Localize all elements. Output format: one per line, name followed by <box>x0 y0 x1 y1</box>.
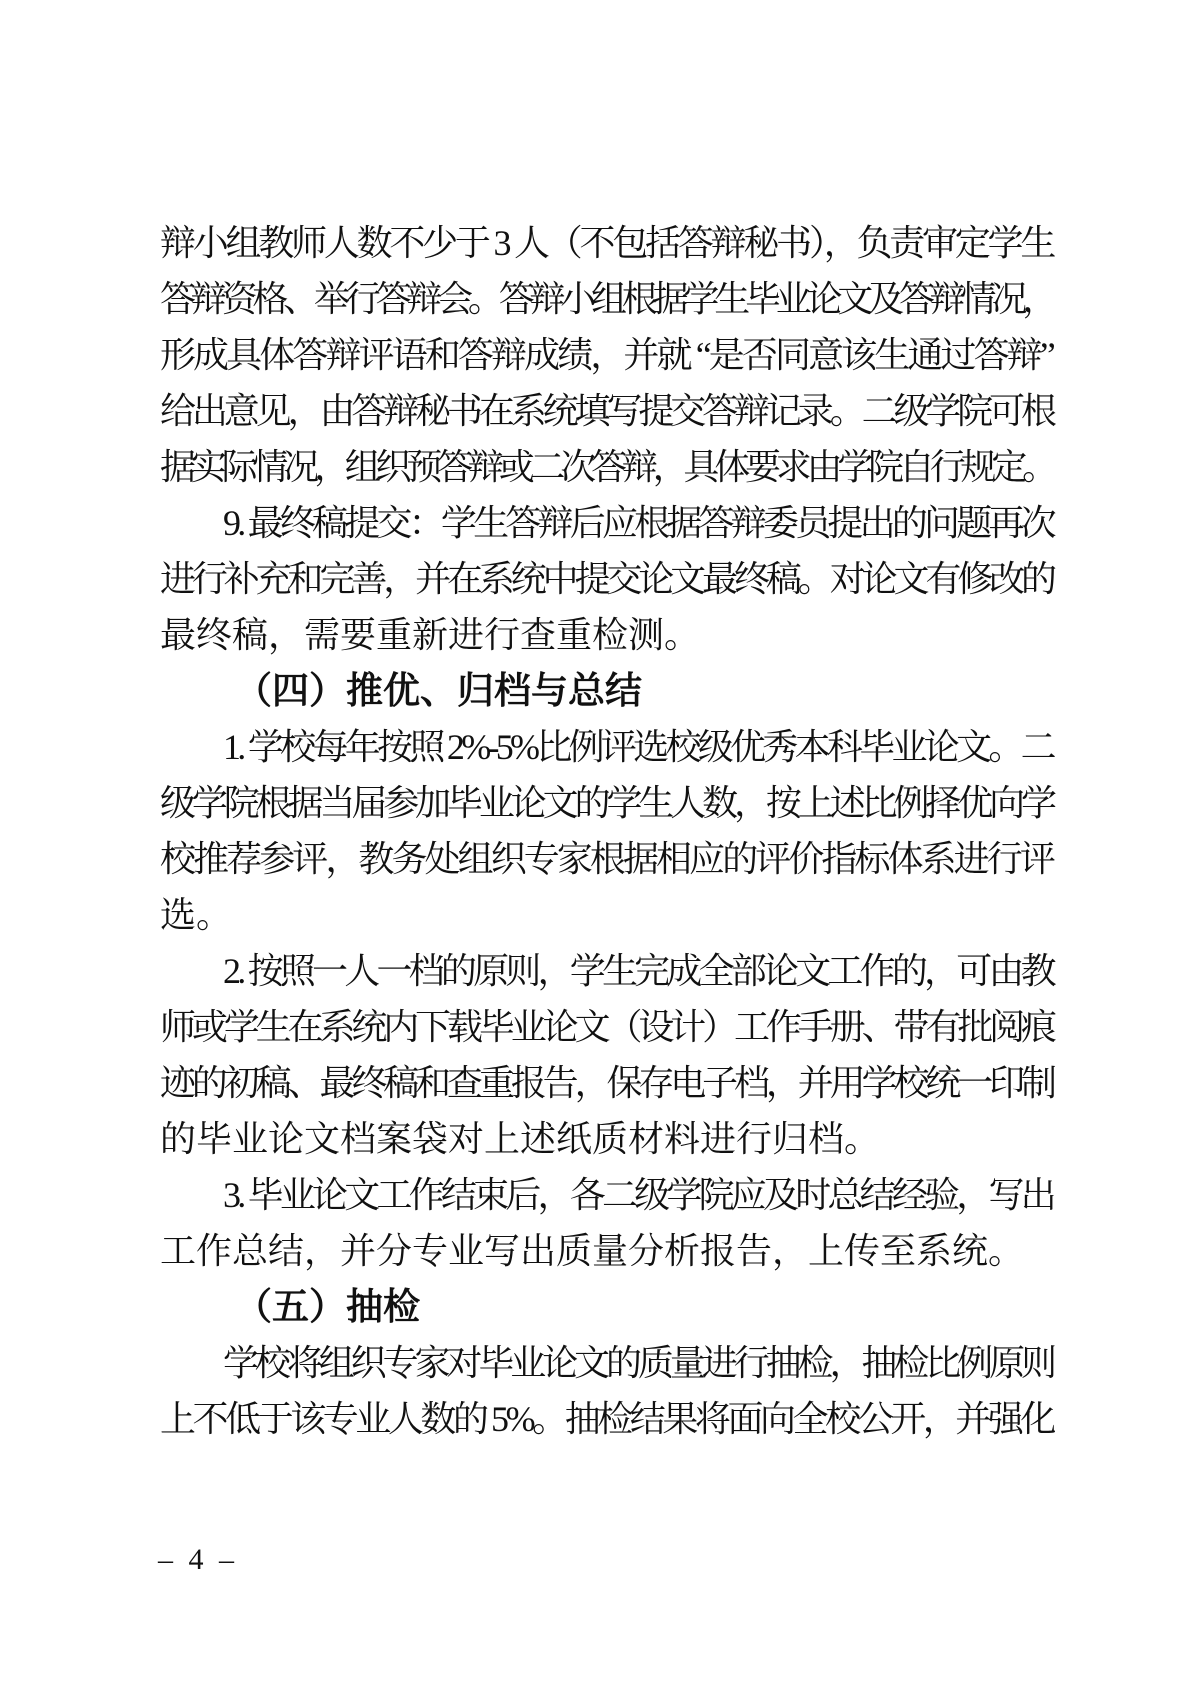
section-heading-4: （四）推优、归档与总结 <box>160 663 1053 719</box>
paragraph-line: 据实际情况，组织预答辩或二次答辩，具体要求由学院自行规定。 <box>160 439 1053 495</box>
heading-text: （五）抽检 <box>235 1286 420 1327</box>
document-page: 辩小组教师人数不少于 3 人（不包括答辩秘书），负责审定学生 答辩资格、举行答辩… <box>0 0 1191 1684</box>
line-text: 3. 毕业论文工作结束后，各二级学院应及时总结经验，写出 <box>223 1175 1053 1215</box>
line-text: 2. 按照一人一档的原则，学生完成全部论文工作的，可由教 <box>223 951 1053 991</box>
paragraph-line: 最终稿，需要重新进行查重检测。 <box>160 607 1053 663</box>
line-text: 的毕业论文档案袋对上述纸质材料进行归档。 <box>160 1119 880 1159</box>
section-heading-5: （五）抽检 <box>160 1279 1053 1335</box>
line-text: 选。 <box>160 895 232 935</box>
page-number-text: – 4 – <box>158 1543 238 1576</box>
line-text: 9. 最终稿提交：学生答辩后应根据答辩委员提出的问题再次 <box>223 503 1053 543</box>
paragraph-line: 答辩资格、举行答辩会。答辩小组根据学生毕业论文及答辩情况， <box>160 271 1053 327</box>
heading-text: （四）推优、归档与总结 <box>235 670 642 711</box>
paragraph-line: 给出意见，由答辩秘书在系统填写提交答辩记录。二级学院可根 <box>160 383 1053 439</box>
paragraph-line-item-2: 2. 按照一人一档的原则，学生完成全部论文工作的，可由教 <box>160 943 1053 999</box>
line-text: 学校将组织专家对毕业论文的质量进行抽检，抽检比例原则 <box>223 1343 1053 1383</box>
line-text: 最终稿，需要重新进行查重检测。 <box>160 615 700 655</box>
paragraph-line: 学校将组织专家对毕业论文的质量进行抽检，抽检比例原则 <box>160 1335 1053 1391</box>
line-text: 1. 学校每年按照 2%-5%比例评选校级优秀本科毕业论文。二 <box>223 727 1053 767</box>
page-number: – 4 – <box>158 1540 238 1580</box>
paragraph-line: 选。 <box>160 887 1053 943</box>
line-text: 工作总结，并分专业写出质量分析报告，上传至系统。 <box>160 1231 1024 1271</box>
paragraph-line-item-3: 3. 毕业论文工作结束后，各二级学院应及时总结经验，写出 <box>160 1167 1053 1223</box>
line-text: 校推荐参评，教务处组织专家根据相应的评价指标体系进行评 <box>160 839 1053 879</box>
paragraph-line: 形成具体答辩评语和答辩成绩，并就 “是否同意该生通过答辩” <box>160 327 1053 383</box>
paragraph-line-item-9: 9. 最终稿提交：学生答辩后应根据答辩委员提出的问题再次 <box>160 495 1053 551</box>
line-text: 师或学生在系统内下载毕业论文（设计）工作手册、带有批阅痕 <box>160 1007 1053 1047</box>
paragraph-line: 上不低于该专业人数的 5%。抽检结果将面向全校公开，并强化 <box>160 1391 1053 1447</box>
paragraph-line: 进行补充和完善，并在系统中提交论文最终稿。对论文有修改的 <box>160 551 1053 607</box>
paragraph-line-item-1: 1. 学校每年按照 2%-5%比例评选校级优秀本科毕业论文。二 <box>160 719 1053 775</box>
line-text: 据实际情况，组织预答辩或二次答辩，具体要求由学院自行规定。 <box>160 447 1053 487</box>
paragraph-line: 的毕业论文档案袋对上述纸质材料进行归档。 <box>160 1111 1053 1167</box>
paragraph-line: 校推荐参评，教务处组织专家根据相应的评价指标体系进行评 <box>160 831 1053 887</box>
line-text: 级学院根据当届参加毕业论文的学生人数，按上述比例择优向学 <box>160 783 1053 823</box>
line-text: 形成具体答辩评语和答辩成绩，并就 “是否同意该生通过答辩” <box>160 335 1053 375</box>
paragraph-line: 辩小组教师人数不少于 3 人（不包括答辩秘书），负责审定学生 <box>160 215 1053 271</box>
line-text: 进行补充和完善，并在系统中提交论文最终稿。对论文有修改的 <box>160 559 1053 599</box>
paragraph-line: 迹的初稿、最终稿和查重报告，保存电子档，并用学校统一印制 <box>160 1055 1053 1111</box>
paragraph-line: 级学院根据当届参加毕业论文的学生人数，按上述比例择优向学 <box>160 775 1053 831</box>
line-text: 辩小组教师人数不少于 3 人（不包括答辩秘书），负责审定学生 <box>160 223 1053 263</box>
line-text: 答辩资格、举行答辩会。答辩小组根据学生毕业论文及答辩情况， <box>160 279 1053 319</box>
line-text: 迹的初稿、最终稿和查重报告，保存电子档，并用学校统一印制 <box>160 1063 1053 1103</box>
line-text: 给出意见，由答辩秘书在系统填写提交答辩记录。二级学院可根 <box>160 391 1053 431</box>
document-body: 辩小组教师人数不少于 3 人（不包括答辩秘书），负责审定学生 答辩资格、举行答辩… <box>160 215 1053 1447</box>
line-text: 上不低于该专业人数的 5%。抽检结果将面向全校公开，并强化 <box>160 1399 1053 1439</box>
paragraph-line: 师或学生在系统内下载毕业论文（设计）工作手册、带有批阅痕 <box>160 999 1053 1055</box>
paragraph-line: 工作总结，并分专业写出质量分析报告，上传至系统。 <box>160 1223 1053 1279</box>
